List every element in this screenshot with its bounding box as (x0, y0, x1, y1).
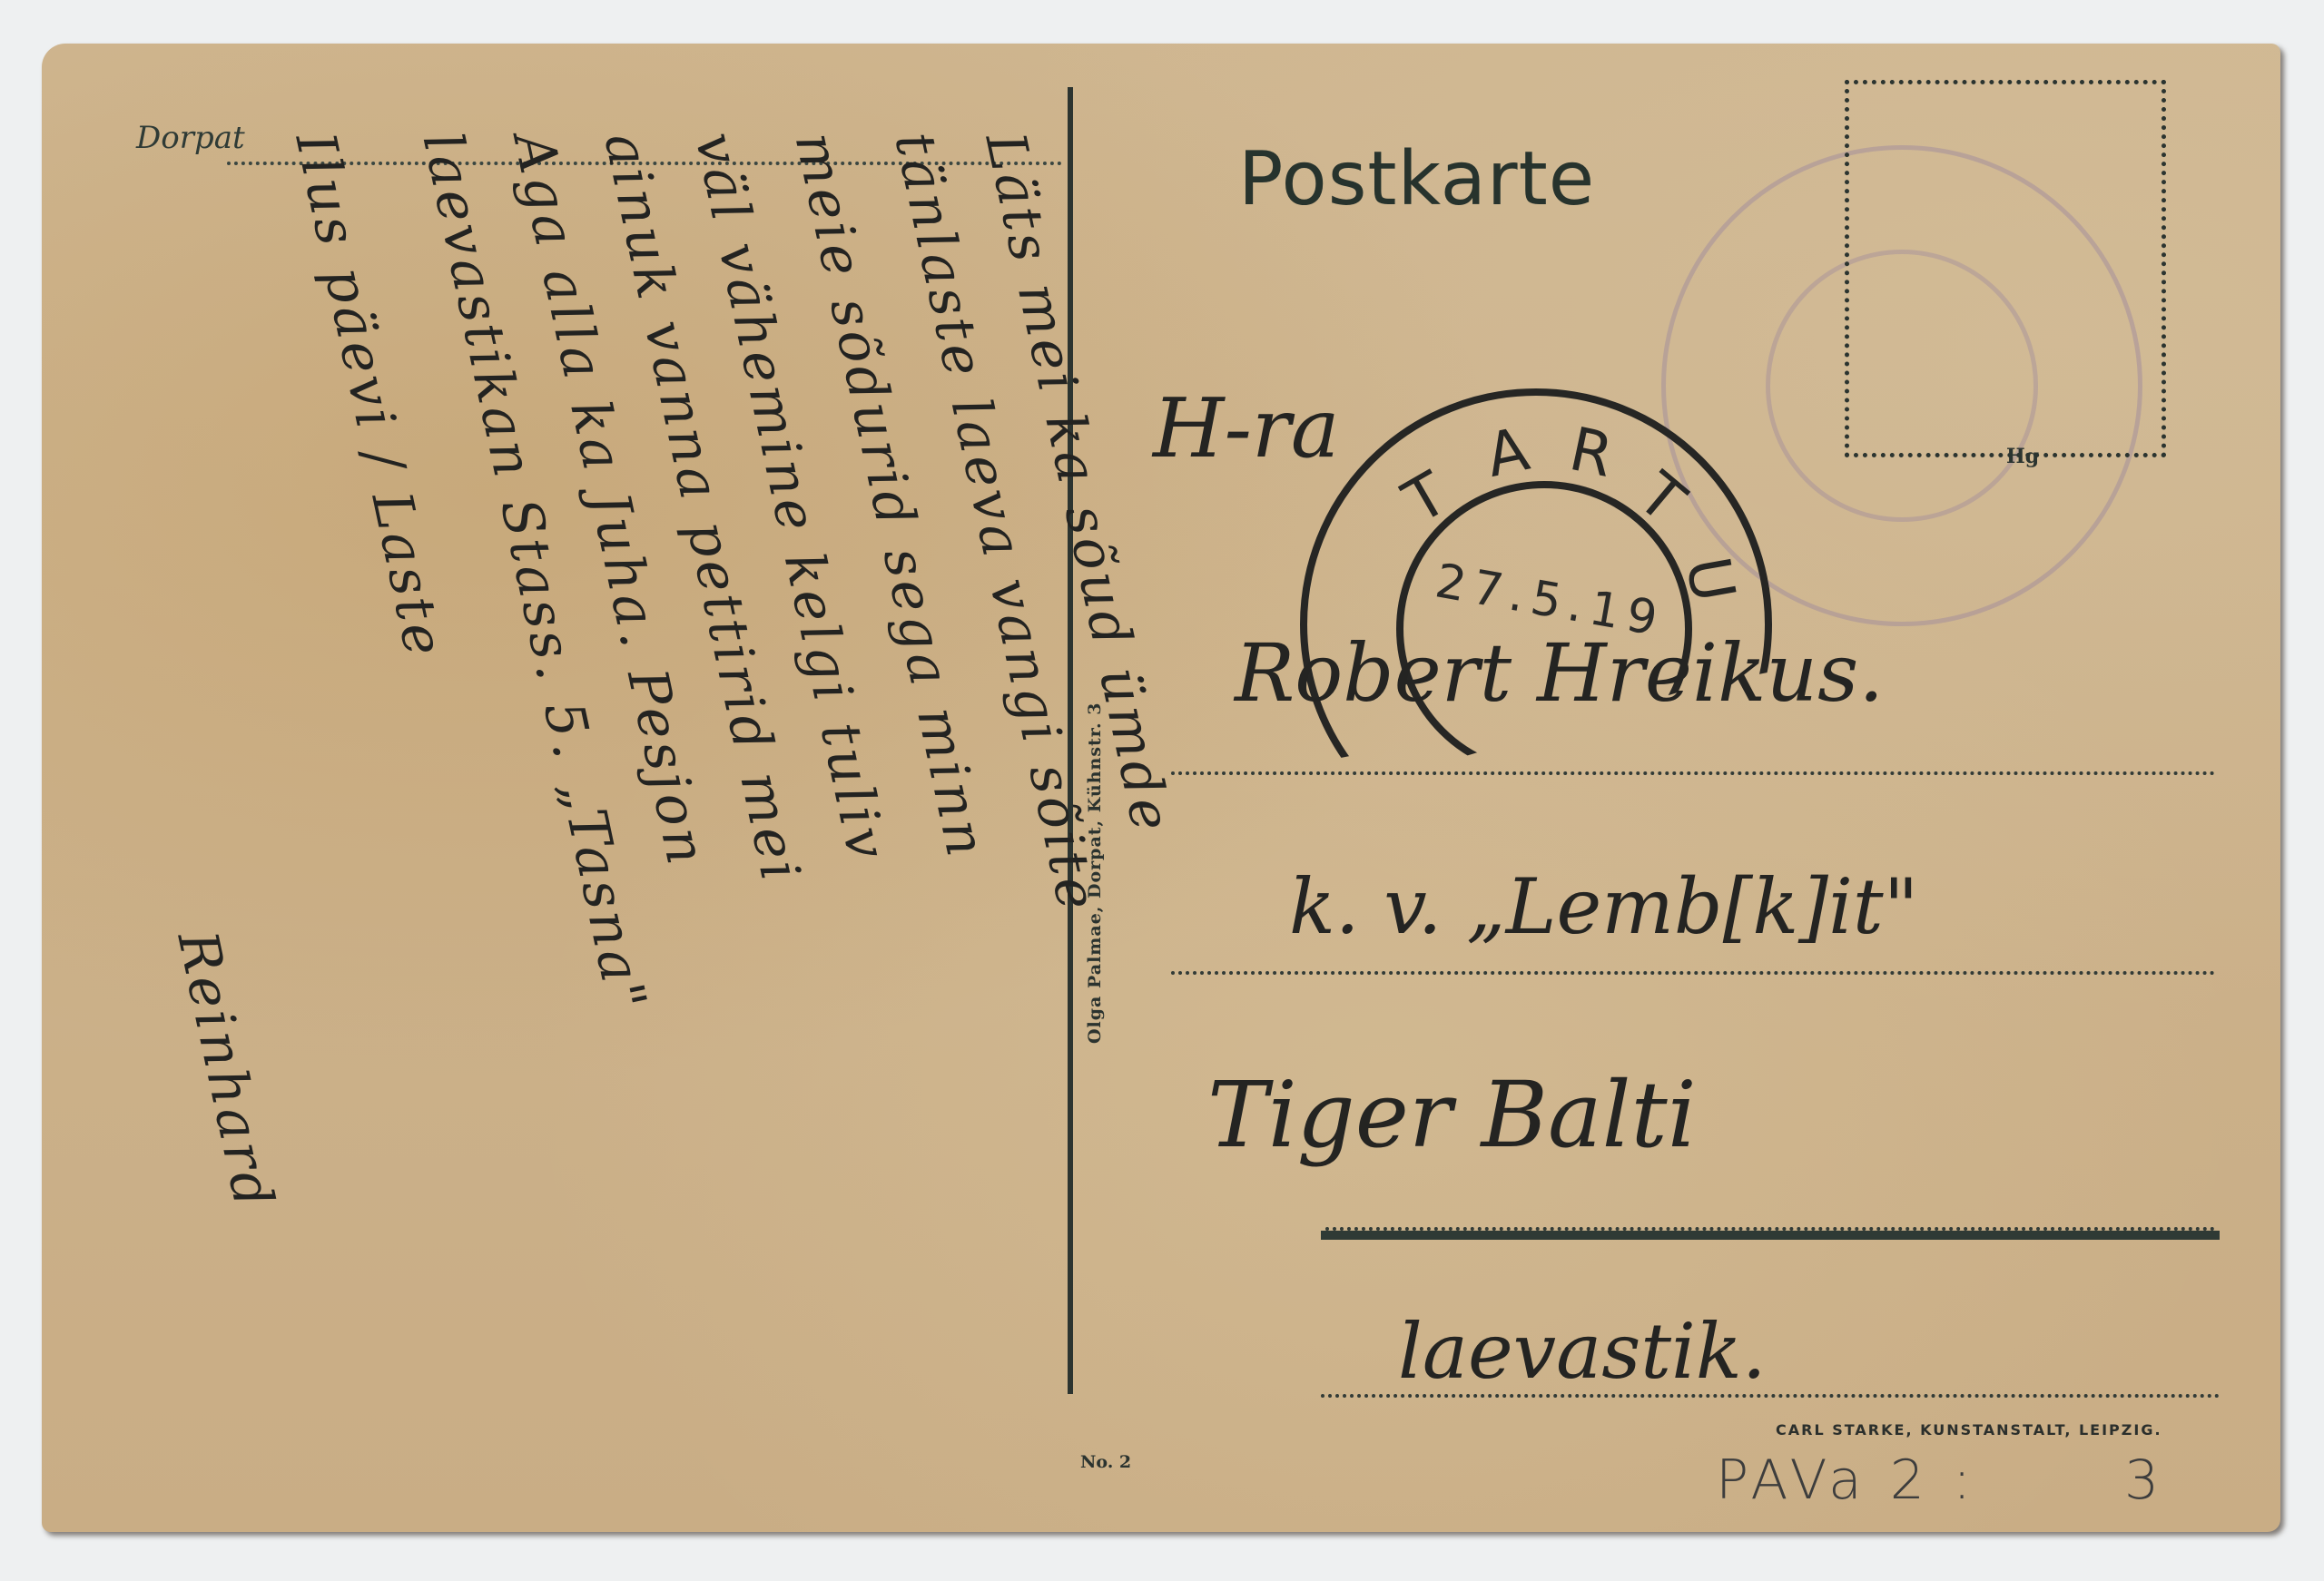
handwritten-message: Läts mei ka sõud ümde tänlaste laeva van… (73, 127, 1071, 1488)
address-line-1 (1171, 771, 2215, 775)
postmark-letter: T (1392, 458, 1458, 537)
address-underline-solid (1321, 1231, 2220, 1240)
address-line-4 (1321, 1394, 2220, 1398)
stamp-box-label: Hg (2006, 445, 2039, 468)
postmark-letter: R (1563, 414, 1619, 491)
publisher-imprint: CARL STARKE, KUNSTANSTALT, LEIPZIG. (1776, 1421, 2162, 1439)
address-line-2 (1171, 971, 2215, 975)
postmark-letter: A (1480, 414, 1534, 491)
archive-code: PAVa 2 : (1716, 1448, 1976, 1512)
address-fleet-word: laevastik. (1398, 1307, 1767, 1396)
postmark-letter: T (1625, 459, 1698, 536)
address-salutation: H-ra (1153, 381, 1340, 476)
stamp-box (1845, 80, 2166, 457)
address-fleet: Tiger Balti (1207, 1062, 1697, 1168)
card-number: No. 2 (1080, 1452, 1131, 1472)
address-ship: k. v. „Lemb[k]it" (1289, 862, 1918, 951)
address-name: Robert Hreikus. (1235, 626, 1884, 720)
card-title: Postkarte (1238, 136, 1595, 222)
archive-mark: PAVa 2 : 3 (1716, 1448, 1976, 1512)
message-signature: Reinhard (165, 926, 286, 1216)
postmark-city: T A R T U (1389, 390, 1752, 572)
archive-number: 3 (2124, 1448, 2164, 1512)
